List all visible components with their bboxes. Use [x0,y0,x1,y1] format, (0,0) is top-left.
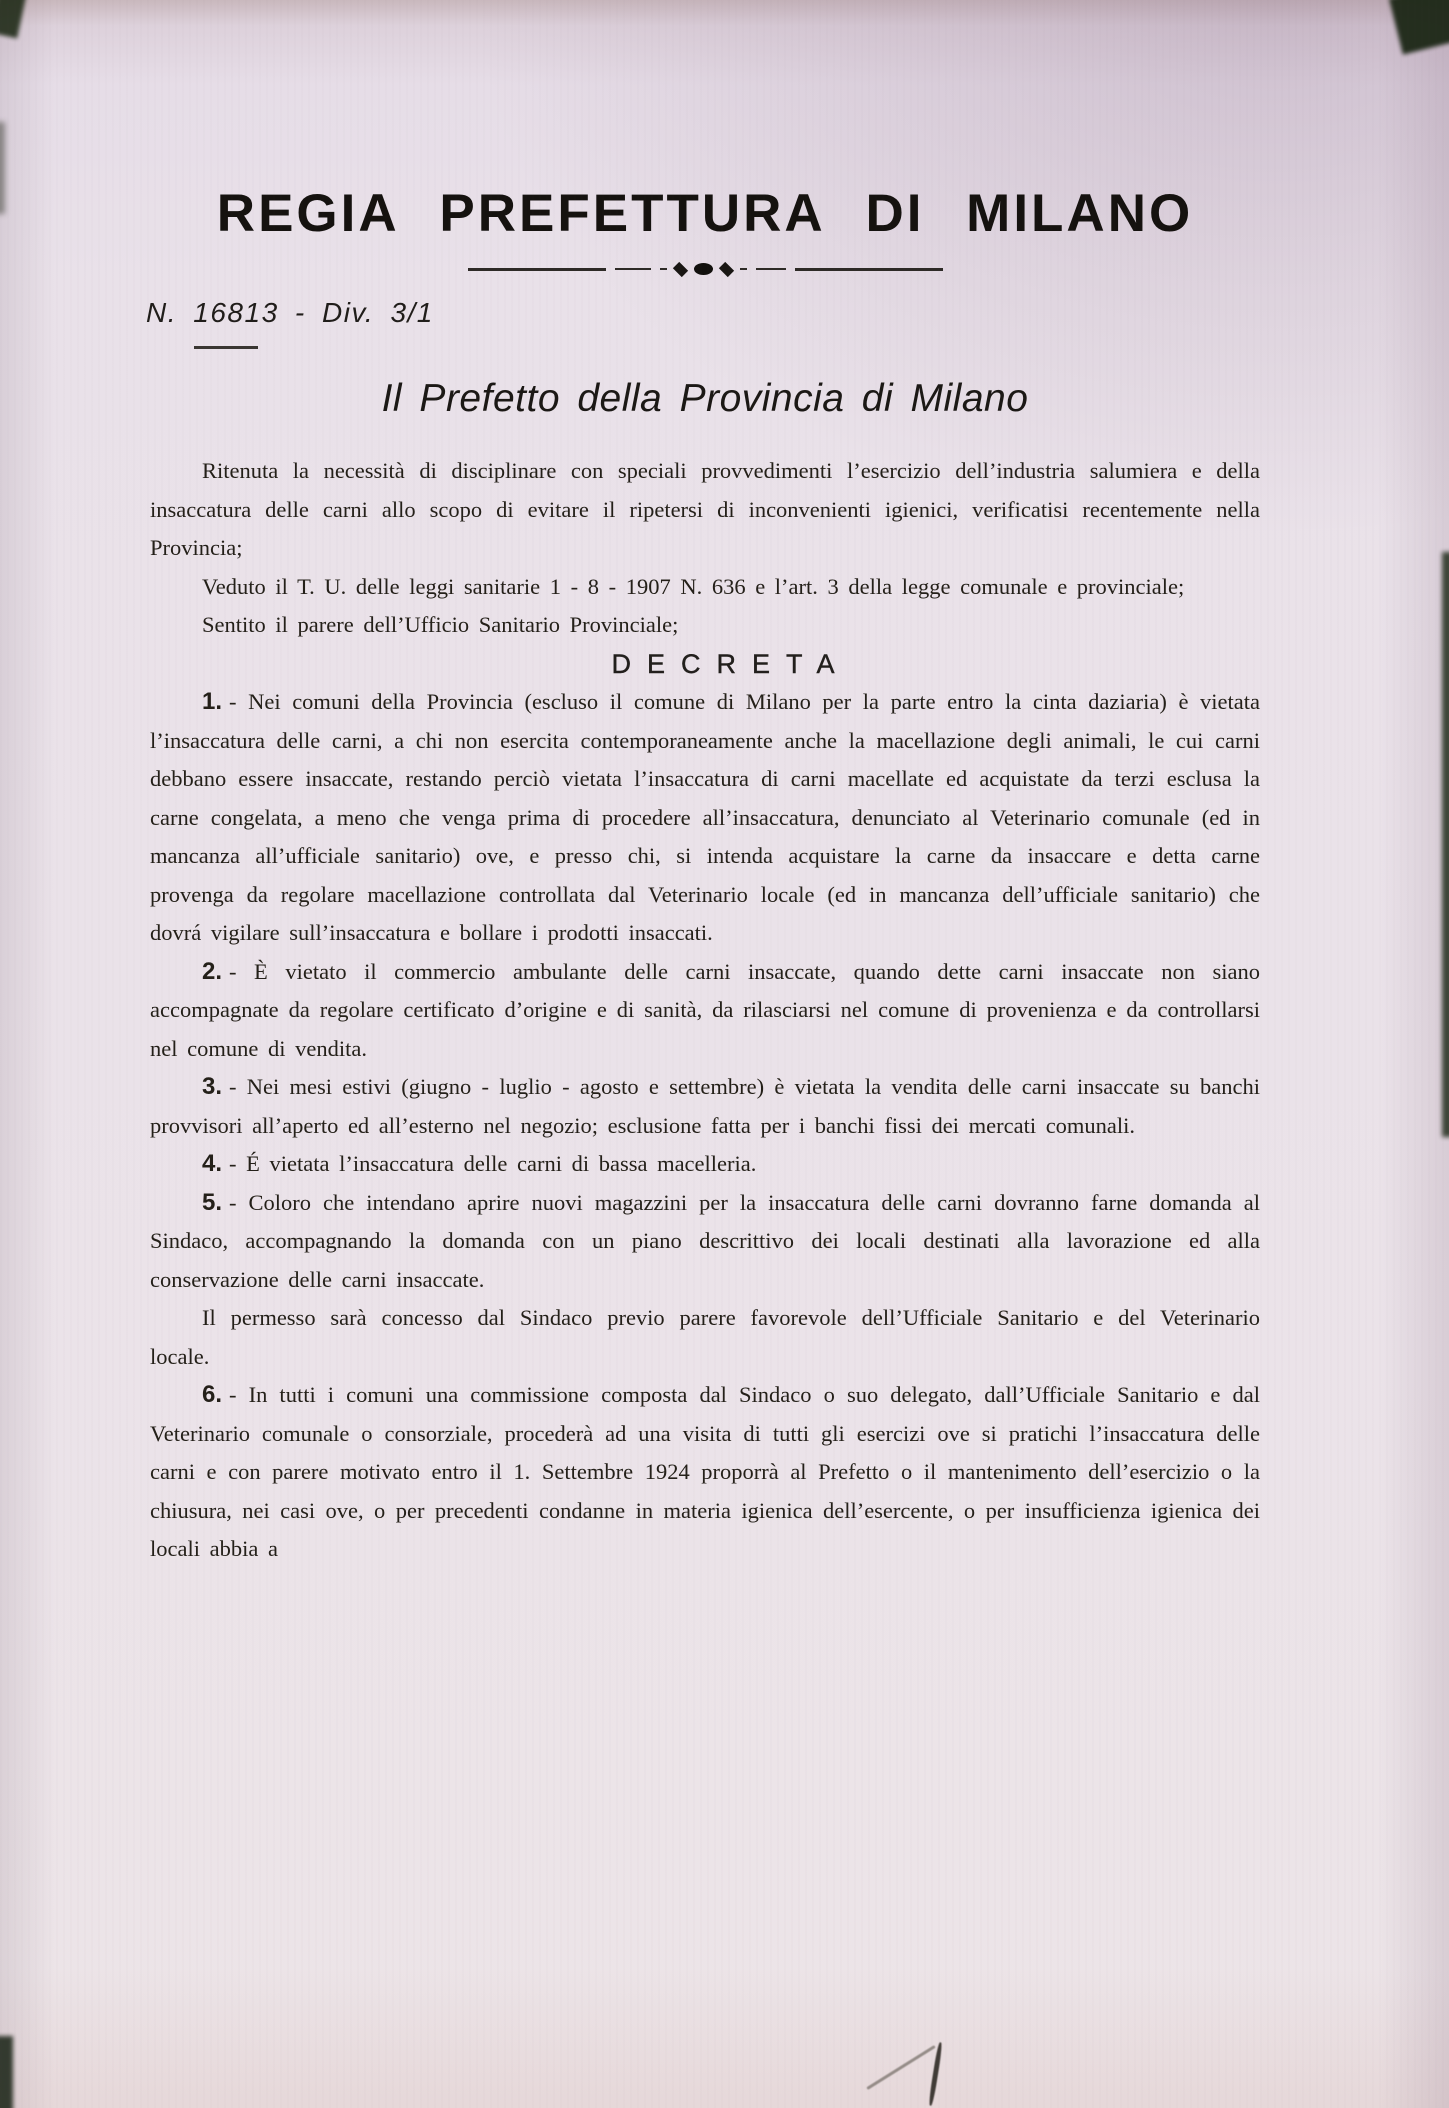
decree-paragraph: Il permesso sarà concesso dal Sindaco pr… [150,1299,1260,1376]
paragraph-text: - É vietata l’insaccatura delle carni di… [229,1151,756,1176]
decree-item: 2.- È vietato il commercio ambulante del… [150,953,1260,1069]
preamble-paragraph: Sentito il parere dell’Ufficio Sanitario… [150,606,1260,645]
item-number: 1. [202,688,222,715]
document-subtitle: Il Prefetto della Provincia di Milano [150,377,1260,421]
document-title: REGIA PREFETTURA DI MILANO [150,187,1260,240]
paragraph-text: Veduto il T. U. delle leggi sanitarie 1 … [202,574,1184,599]
title-divider-ornament [150,263,1260,275]
divider-segment [795,268,943,271]
paragraph-text: Ritenuta la necessità di disciplinare co… [150,458,1260,560]
divider-segment [615,268,651,270]
divider-segment [740,268,747,270]
document-body: Ritenuta la necessità di disciplinare co… [150,452,1260,1569]
decree-item: 1.- Nei comuni della Provincia (escluso … [150,683,1260,953]
decree-item: 3.- Nei mesi estivi (giugno - luglio - a… [150,1068,1260,1145]
decree-heading: DECRETA [150,645,1260,684]
document-number-underline [194,346,258,349]
paragraph-text: - È vietato il commercio ambulante delle… [150,959,1260,1061]
decree-item: 6.- In tutti i comuni una commissione co… [150,1376,1260,1569]
scan-artifact-top-right [1389,0,1449,55]
item-number: 6. [202,1381,222,1408]
scan-artifact-left-edge [0,122,5,214]
decree-item: 4.- É vietata l’insaccatura delle carni … [150,1145,1260,1184]
divider-segment [468,268,606,271]
pencil-mark [855,2040,970,2108]
paragraph-text: - Coloro che intendano aprire nuovi maga… [150,1190,1260,1292]
scanned-document-page: REGIA PREFETTURA DI MILANO N. 16813 - Di… [0,0,1449,2108]
item-number: 5. [202,1189,222,1216]
divider-diamond [672,261,687,276]
divider-center-dot [694,263,713,275]
item-number: 2. [202,958,222,985]
preamble-paragraph: Ritenuta la necessità di disciplinare co… [150,452,1260,568]
decree-item: 5.- Coloro che intendano aprire nuovi ma… [150,1184,1260,1300]
divider-segment [660,268,667,270]
paragraph-text: - Nei mesi estivi (giugno - luglio - ago… [150,1074,1260,1138]
scan-artifact-right-edge [1442,552,1449,1137]
divider-diamond [718,261,733,276]
paragraph-text: - Nei comuni della Provincia (escluso il… [150,689,1260,945]
scan-artifact-top-left [0,0,26,38]
document-number: N. 16813 - Div. 3/1 [146,297,434,329]
divider-segment [756,268,786,270]
item-number: 4. [202,1150,222,1177]
paragraph-text: Il permesso sarà concesso dal Sindaco pr… [150,1305,1260,1369]
item-number: 3. [202,1073,222,1100]
preamble-paragraph: Veduto il T. U. delle leggi sanitarie 1 … [150,568,1260,607]
paragraph-text: Sentito il parere dell’Ufficio Sanitario… [202,612,678,637]
scan-artifact-bottom-left [0,2036,13,2108]
paragraph-text: - In tutti i comuni una commissione comp… [150,1382,1260,1561]
